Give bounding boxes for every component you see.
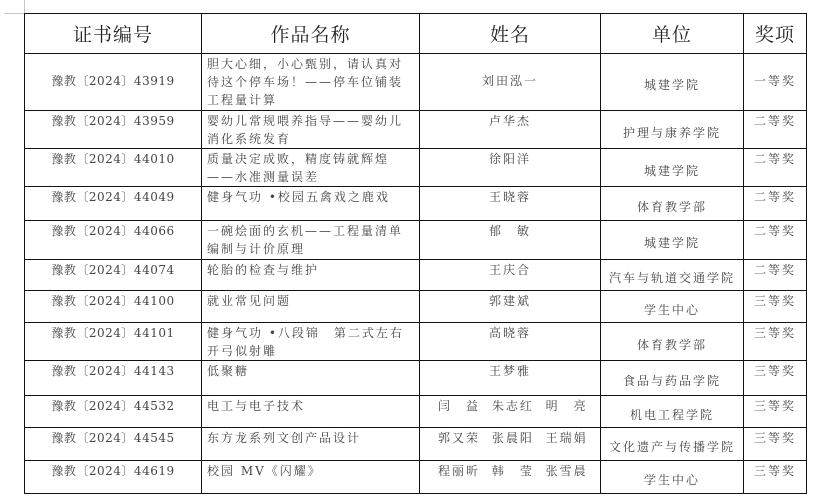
cert-number-cell: 豫教〔2024〕43919 — [25, 54, 202, 111]
table-row: 豫教〔2024〕44532电工与电子技术闫 益 朱志红 明 亮机电工程学院三等奖 — [25, 396, 807, 428]
name-text: 闫 益 朱志红 明 亮 — [420, 396, 600, 415]
work-title-cell: 电工与电子技术 — [202, 396, 420, 428]
unit-cell: 城建学院 — [601, 54, 744, 111]
unit-text: 机电工程学院 — [601, 400, 743, 424]
cert-number-text: 豫教〔2024〕44100 — [25, 291, 201, 310]
name-text: 刘田泓一 — [420, 54, 600, 90]
name-cell: 王庆合 — [420, 260, 601, 291]
cert-number-cell: 豫教〔2024〕44010 — [25, 149, 202, 187]
award-cell: 三等奖 — [744, 428, 807, 461]
name-text: 郁 敏 — [420, 221, 600, 240]
cert-number-text: 豫教〔2024〕44619 — [25, 461, 201, 480]
header-award: 奖项 — [744, 14, 807, 54]
awards-table: 证书编号 作品名称 姓名 单位 奖项 豫教〔2024〕43919胆大心细，小心甄… — [24, 13, 807, 494]
work-title-text: 轮胎的检查与维护 — [202, 260, 419, 279]
award-cell: 三等奖 — [744, 461, 807, 494]
work-title-text: 就业常见问题 — [202, 291, 419, 310]
name-text: 卢华杰 — [420, 111, 600, 130]
award-cell: 二等奖 — [744, 111, 807, 149]
cert-number-text: 豫教〔2024〕44074 — [25, 260, 201, 279]
award-cell: 二等奖 — [744, 260, 807, 291]
work-title-cell: 轮胎的检查与维护 — [202, 260, 420, 291]
work-title-text: 一碗烩面的玄机——工程量清单编制与计价原理 — [202, 221, 419, 258]
award-text: 三等奖 — [744, 361, 806, 380]
table-row: 豫教〔2024〕43919胆大心细，小心甄别，请认真对待这个停车场！——停车位铺… — [25, 54, 807, 111]
name-cell: 徐阳洋 — [420, 149, 601, 187]
name-cell: 程丽昕 韩 莹 张雪晨 — [420, 461, 601, 494]
unit-text: 文化遗产与传播学院 — [601, 432, 743, 456]
work-title-text: 健身气功 •校园五禽戏之鹿戏 — [202, 187, 419, 206]
cert-number-text: 豫教〔2024〕44010 — [25, 149, 201, 168]
award-cell: 三等奖 — [744, 291, 807, 323]
table-row: 豫教〔2024〕43959婴幼儿常规喂养指导——婴幼儿消化系统发育卢华杰护理与康… — [25, 111, 807, 149]
award-text: 三等奖 — [744, 396, 806, 415]
name-cell: 郁 敏 — [420, 221, 601, 260]
cert-number-text: 豫教〔2024〕44143 — [25, 361, 201, 380]
cert-number-cell: 豫教〔2024〕44532 — [25, 396, 202, 428]
work-title-cell: 健身气功 •八段锦 第二式左右开弓似射雕 — [202, 323, 420, 361]
header-work-title: 作品名称 — [202, 14, 420, 54]
table-row: 豫教〔2024〕44619校园 MV《闪耀》程丽昕 韩 莹 张雪晨学生中心三等奖 — [25, 461, 807, 494]
award-cell: 一等奖 — [744, 54, 807, 111]
name-text: 王晓蓉 — [420, 187, 600, 206]
unit-text: 学生中心 — [601, 295, 743, 319]
table-row: 豫教〔2024〕44049健身气功 •校园五禽戏之鹿戏王晓蓉体育教学部二等奖 — [25, 187, 807, 221]
work-title-text: 东方龙系列文创产品设计 — [202, 428, 419, 447]
award-cell: 三等奖 — [744, 323, 807, 361]
table-row: 豫教〔2024〕44010质量决定成败，精度铸就辉煌——水准测量误差徐阳洋城建学… — [25, 149, 807, 187]
unit-cell: 食品与药品学院 — [601, 361, 744, 396]
cert-number-text: 豫教〔2024〕43919 — [25, 54, 201, 90]
name-text: 高晓蓉 — [420, 323, 600, 342]
unit-text: 汽车与轨道交通学院 — [601, 263, 743, 287]
name-text: 郭建斌 — [420, 291, 600, 310]
award-text: 三等奖 — [744, 323, 806, 342]
work-title-text: 婴幼儿常规喂养指导——婴幼儿消化系统发育 — [202, 111, 419, 148]
header-cert-number: 证书编号 — [25, 14, 202, 54]
name-cell: 高晓蓉 — [420, 323, 601, 361]
unit-cell: 体育教学部 — [601, 187, 744, 221]
unit-text: 体育教学部 — [601, 192, 743, 216]
award-cell: 三等奖 — [744, 396, 807, 428]
cert-number-cell: 豫教〔2024〕44074 — [25, 260, 202, 291]
unit-text: 城建学院 — [601, 70, 743, 94]
cert-number-text: 豫教〔2024〕44049 — [25, 187, 201, 206]
cert-number-cell: 豫教〔2024〕44101 — [25, 323, 202, 361]
name-cell: 卢华杰 — [420, 111, 601, 149]
work-title-text: 电工与电子技术 — [202, 396, 419, 415]
award-cell: 二等奖 — [744, 221, 807, 260]
work-title-text: 胆大心细，小心甄别，请认真对待这个停车场！——停车位铺装工程量计算 — [202, 54, 419, 109]
award-text: 二等奖 — [744, 111, 806, 130]
unit-text: 城建学院 — [601, 156, 743, 180]
name-text: 王庆合 — [420, 260, 600, 279]
award-text: 一等奖 — [744, 54, 806, 90]
name-cell: 郭建斌 — [420, 291, 601, 323]
work-title-text: 低聚糖 — [202, 361, 419, 380]
unit-cell: 学生中心 — [601, 461, 744, 494]
award-text: 三等奖 — [744, 428, 806, 447]
name-text: 程丽昕 韩 莹 张雪晨 — [420, 461, 600, 480]
name-cell: 王梦雅 — [420, 361, 601, 396]
cert-number-cell: 豫教〔2024〕44049 — [25, 187, 202, 221]
award-text: 三等奖 — [744, 461, 806, 480]
award-text: 二等奖 — [744, 221, 806, 240]
crop-mark-vertical — [24, 0, 25, 13]
table-row: 豫教〔2024〕44066一碗烩面的玄机——工程量清单编制与计价原理郁 敏城建学… — [25, 221, 807, 260]
header-row: 证书编号 作品名称 姓名 单位 奖项 — [25, 14, 807, 54]
work-title-cell: 质量决定成败，精度铸就辉煌——水准测量误差 — [202, 149, 420, 187]
cert-number-text: 豫教〔2024〕44532 — [25, 396, 201, 415]
header-name: 姓名 — [420, 14, 601, 54]
cert-number-text: 豫教〔2024〕43959 — [25, 111, 201, 130]
unit-text: 体育教学部 — [601, 330, 743, 354]
header-unit: 单位 — [601, 14, 744, 54]
unit-cell: 学生中心 — [601, 291, 744, 323]
table-row: 豫教〔2024〕44074轮胎的检查与维护王庆合汽车与轨道交通学院二等奖 — [25, 260, 807, 291]
award-text: 二等奖 — [744, 187, 806, 206]
unit-cell: 文化遗产与传播学院 — [601, 428, 744, 461]
name-cell: 闫 益 朱志红 明 亮 — [420, 396, 601, 428]
work-title-text: 质量决定成败，精度铸就辉煌——水准测量误差 — [202, 149, 419, 186]
table-row: 豫教〔2024〕44101健身气功 •八段锦 第二式左右开弓似射雕高晓蓉体育教学… — [25, 323, 807, 361]
name-cell: 刘田泓一 — [420, 54, 601, 111]
award-cell: 二等奖 — [744, 149, 807, 187]
work-title-cell: 一碗烩面的玄机——工程量清单编制与计价原理 — [202, 221, 420, 260]
crop-mark-horizontal — [4, 13, 24, 14]
unit-text: 学生中心 — [601, 465, 743, 489]
table-row: 豫教〔2024〕44100就业常见问题郭建斌学生中心三等奖 — [25, 291, 807, 323]
unit-cell: 体育教学部 — [601, 323, 744, 361]
cert-number-cell: 豫教〔2024〕44619 — [25, 461, 202, 494]
unit-text: 城建学院 — [601, 228, 743, 252]
work-title-cell: 胆大心细，小心甄别，请认真对待这个停车场！——停车位铺装工程量计算 — [202, 54, 420, 111]
work-title-cell: 低聚糖 — [202, 361, 420, 396]
work-title-cell: 校园 MV《闪耀》 — [202, 461, 420, 494]
name-text: 王梦雅 — [420, 361, 600, 380]
cert-number-cell: 豫教〔2024〕43959 — [25, 111, 202, 149]
unit-cell: 机电工程学院 — [601, 396, 744, 428]
unit-text: 护理与康养学院 — [601, 118, 743, 142]
table-row: 豫教〔2024〕44545东方龙系列文创产品设计郭又荣 张晨阳 王瑞娟文化遗产与… — [25, 428, 807, 461]
unit-cell: 城建学院 — [601, 149, 744, 187]
work-title-cell: 东方龙系列文创产品设计 — [202, 428, 420, 461]
award-text: 二等奖 — [744, 149, 806, 168]
award-cell: 三等奖 — [744, 361, 807, 396]
work-title-cell: 健身气功 •校园五禽戏之鹿戏 — [202, 187, 420, 221]
unit-cell: 城建学院 — [601, 221, 744, 260]
unit-cell: 汽车与轨道交通学院 — [601, 260, 744, 291]
table-row: 豫教〔2024〕44143低聚糖王梦雅食品与药品学院三等奖 — [25, 361, 807, 396]
award-text: 三等奖 — [744, 291, 806, 310]
cert-number-text: 豫教〔2024〕44545 — [25, 428, 201, 447]
cert-number-cell: 豫教〔2024〕44100 — [25, 291, 202, 323]
work-title-text: 健身气功 •八段锦 第二式左右开弓似射雕 — [202, 323, 419, 360]
cert-number-text: 豫教〔2024〕44066 — [25, 221, 201, 240]
cert-number-text: 豫教〔2024〕44101 — [25, 323, 201, 342]
work-title-cell: 就业常见问题 — [202, 291, 420, 323]
unit-cell: 护理与康养学院 — [601, 111, 744, 149]
name-cell: 郭又荣 张晨阳 王瑞娟 — [420, 428, 601, 461]
unit-text: 食品与药品学院 — [601, 366, 743, 390]
name-text: 徐阳洋 — [420, 149, 600, 168]
cert-number-cell: 豫教〔2024〕44066 — [25, 221, 202, 260]
award-cell: 二等奖 — [744, 187, 807, 221]
work-title-cell: 婴幼儿常规喂养指导——婴幼儿消化系统发育 — [202, 111, 420, 149]
name-cell: 王晓蓉 — [420, 187, 601, 221]
award-text: 二等奖 — [744, 260, 806, 279]
cert-number-cell: 豫教〔2024〕44143 — [25, 361, 202, 396]
cert-number-cell: 豫教〔2024〕44545 — [25, 428, 202, 461]
work-title-text: 校园 MV《闪耀》 — [202, 461, 419, 480]
name-text: 郭又荣 张晨阳 王瑞娟 — [420, 428, 600, 447]
